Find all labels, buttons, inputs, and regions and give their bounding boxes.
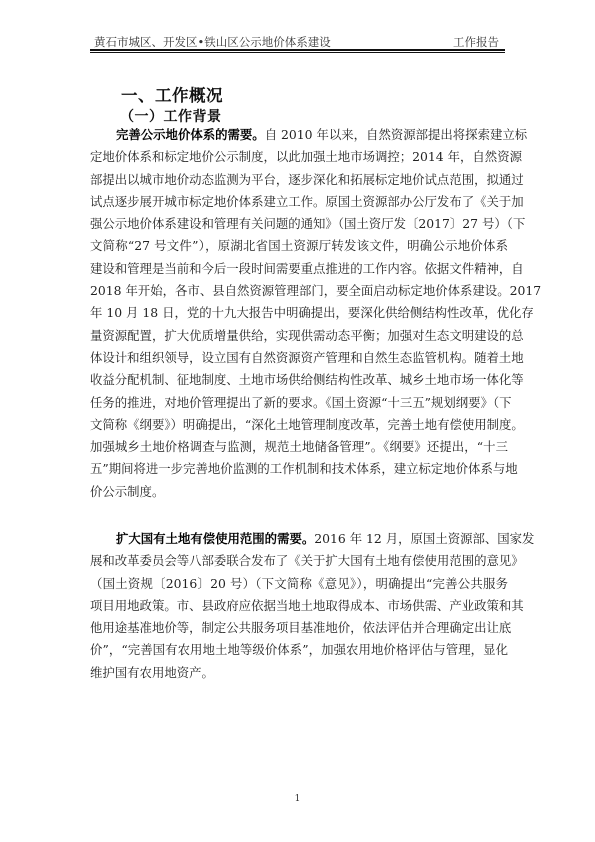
header-divider: [90, 49, 505, 53]
paragraph-line: 加强城乡土地价格调查与监测，规范土地储备管理”。《纲要》还提出，“十三: [90, 436, 508, 458]
paragraph-line: 五”期间将进一步完善地价监测的工作机制和技术体系，建立标定地价体系与地: [90, 458, 508, 480]
paragraph-line: 体设计和组织领导，设立国有自然资源资产管理和自然生态监管机构。随着土地: [90, 347, 508, 369]
paragraph-1: 完善公示地价体系的需要。自 2010 年以来，自然资源部提出将探索建立标 定地价…: [90, 124, 508, 503]
paragraph-line: 完善公示地价体系的需要。自 2010 年以来，自然资源部提出将探索建立标: [90, 124, 508, 146]
paragraph-line: 项目用地政策。市、县政府应依据当地土地取得成本、市场供需、产业政策和其: [90, 595, 508, 617]
paragraph-line: 任务的推进，对地价管理提出了新的要求。《国土资源“十三五”规划纲要》（下: [90, 392, 508, 414]
paragraph-line: 定地价体系和标定地价公示制度，以此加强土地市场调控；2014 年，自然资源: [90, 146, 508, 168]
paragraph-line: 文简称《纲要》）明确提出，“深化土地管理制度改革，完善土地有偿使用制度。: [90, 414, 508, 436]
paragraph-line: 收益分配机制、征地制度、土地市场供给侧结构性改革、城乡土地市场一体化等: [90, 369, 508, 391]
paragraph-line: 价”，“完善国有农用地土地等级价体系”，加强农用地价格评估与管理，显化: [90, 639, 508, 661]
paragraph-lead: 完善公示地价体系的需要。: [116, 127, 265, 142]
paragraph-line: 2018 年开始，各市、县自然资源管理部门，要全面启动标定地价体系建设。2017: [90, 280, 508, 302]
page-number: 1: [0, 794, 595, 804]
page-header: 黄石市城区、开发区•铁山区公示地价体系建设 工作报告: [90, 36, 505, 50]
paragraph-line: 展和改革委员会等八部委联合发布了《关于扩大国有土地有偿使用范围的意见》: [90, 550, 508, 572]
paragraph-line: 年 10 月 18 日，党的十九大报告中明确提出，要深化供给侧结构性改革，优化存: [90, 302, 508, 324]
paragraph-line: 价公示制度。: [90, 481, 508, 503]
header-title: 黄石市城区、开发区•铁山区公示地价体系建设: [94, 36, 331, 48]
paragraph-line: 量资源配置，扩大优质增量供给，实现供需动态平衡；加强对生态文明建设的总: [90, 325, 508, 347]
paragraph-line: 扩大国有土地有偿使用范围的需要。2016 年 12 月，原国土资源部、国家发: [90, 528, 508, 550]
paragraph-2: 扩大国有土地有偿使用范围的需要。2016 年 12 月，原国土资源部、国家发 展…: [90, 528, 508, 684]
header-report-type: 工作报告: [453, 36, 499, 48]
paragraph-line: 强公示地价体系建设和管理有关问题的通知》（国土资厅发〔2017〕27 号）（下: [90, 213, 508, 235]
paragraph-line: 维护国有农用地资产。: [90, 662, 508, 684]
paragraph-line: 部提出以城市地价动态监测为平台，逐步深化和拓展标定地价试点范围，拟通过: [90, 169, 508, 191]
paragraph-line: （国土资规〔2016〕20 号）（下文简称《意见》），明确提出“完善公共服务: [90, 573, 508, 595]
paragraph-line: 他用途基准地价等，制定公共服务项目基准地价，依法评估并合理确定出让底: [90, 617, 508, 639]
paragraph-line: 文简称“27 号文件”），原湖北省国土资源厅转发该文件，明确公示地价体系: [90, 235, 508, 257]
subsection-heading: （一）工作背景: [120, 106, 222, 126]
paragraph-lead: 扩大国有土地有偿使用范围的需要。: [116, 531, 314, 546]
paragraph-line: 建设和管理是当前和今后一段时间需要重点推进的工作内容。依据文件精神，自: [90, 258, 508, 280]
paragraph-line: 试点逐步展开城市标定地价体系建立工作。原国土资源部办公厅发布了《关于加: [90, 191, 508, 213]
section-heading: 一、工作概况: [121, 82, 223, 106]
